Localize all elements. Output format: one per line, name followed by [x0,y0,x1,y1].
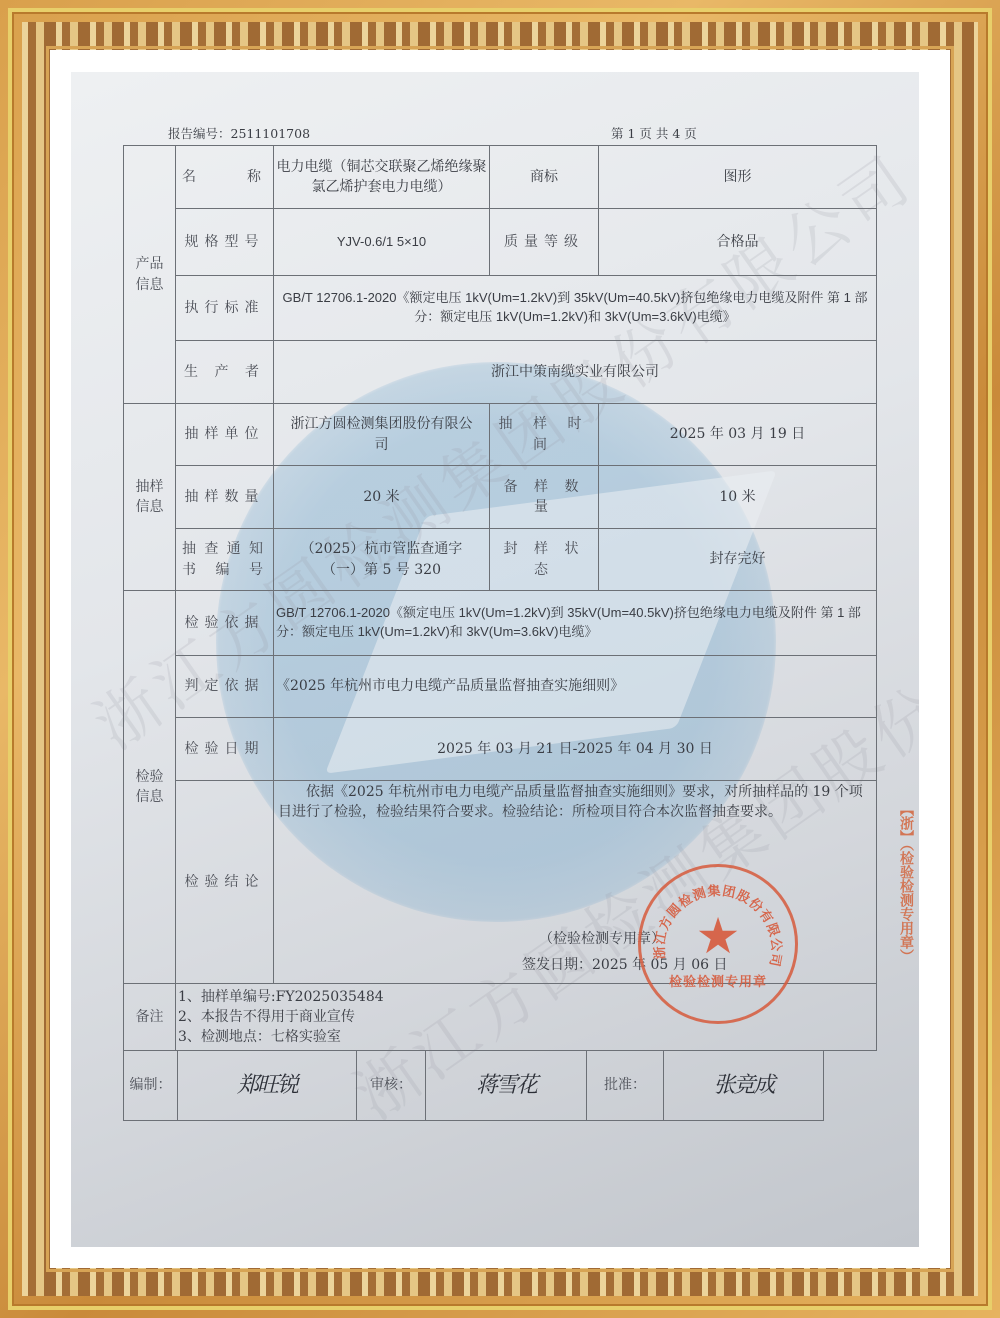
value-seal-status: 封存完好 [599,529,877,591]
label-standard: 执行标准 [176,276,274,341]
value-notice-no: （2025）杭市管监查通字（一）第 5 号 320 [274,529,490,591]
label-remarks: 备注 [124,984,176,1051]
table-row: 产品 信息 名 称 电力电缆（铜芯交联聚乙烯绝缘聚氯乙烯护套电力电缆） 商标 图… [124,146,877,209]
official-seal: 浙江方圆检测集团股份有限公司 ★ 检验检测专用章 [638,864,798,1024]
remark-item: 3、检测地点：七格实验室 [178,1027,874,1047]
label-notice-no: 抽查通知书编号 [176,529,274,591]
label-test-basis: 检验依据 [176,591,274,656]
page-indicator: 第 1 页 共 4 页 [611,124,697,142]
table-row: 抽样数量 20 米 备 样 数 量 10 米 [124,466,877,529]
section-product-info: 产品 信息 [124,146,176,404]
label-grade: 质量等级 [490,209,599,276]
signature-row: 编制： 郑旺锐 审核： 蒋雪花 批准： 张竞成 [124,1051,824,1121]
report-number: 报告编号：2511101708 [168,124,310,142]
label-producer: 生 产 者 [176,341,274,404]
value-standard: GB/T 12706.1-2020《额定电压 1kV(Um=1.2kV)到 35… [274,276,877,341]
value-sampling-unit: 浙江方圆检测集团股份有限公司 [274,404,490,466]
value-spec: YJV-0.6/1 5×10 [274,209,490,276]
value-judgement-basis: 《2025 年杭州市电力电缆产品质量监督抽查实施细则》 [274,656,877,718]
value-sampling-qty: 20 米 [274,466,490,529]
table-row: 判定依据 《2025 年杭州市电力电缆产品质量监督抽查实施细则》 [124,656,877,718]
value-grade: 合格品 [599,209,877,276]
label-compiled-by: 编制： [124,1051,178,1121]
value-test-basis: GB/T 12706.1-2020《额定电压 1kV(Um=1.2kV)到 35… [274,591,877,656]
label-judgement-basis: 判定依据 [176,656,274,718]
value-producer: 浙江中策南缆实业有限公司 [274,341,877,404]
star-icon: ★ [696,911,741,961]
section-inspection-info: 检验 信息 [124,591,176,984]
table-row: 抽样 信息 抽样单位 浙江方圆检测集团股份有限公司 抽 样 时 间 2025 年… [124,404,877,466]
label-trademark: 商标 [490,146,599,209]
inspection-report-page: 浙江方圆检测集团股份有限公司 浙江方圆检测集团股份有限公司 报告编号：25111… [71,72,919,1247]
seal-bottom-text: 检验检测专用章 [641,971,795,990]
label-test-date: 检验日期 [176,718,274,781]
conclusion-text: 依据《2025 年杭州市电力电缆产品质量监督抽查实施细则》要求，对所抽样品的 1… [276,782,874,823]
value-test-date: 2025 年 03 月 21 日-2025 年 04 月 30 日 [274,718,877,781]
table-row: 检验 信息 检验依据 GB/T 12706.1-2020《额定电压 1kV(Um… [124,591,877,656]
table-row: 生 产 者 浙江中策南缆实业有限公司 [124,341,877,404]
label-sampling-qty: 抽样数量 [176,466,274,529]
table-row: 抽查通知书编号 （2025）杭市管监查通字（一）第 5 号 320 封 样 状 … [124,529,877,591]
label-seal-status: 封 样 状 态 [490,529,599,591]
label-approved-by: 批准： [587,1051,664,1121]
table-row: 规格型号 YJV-0.6/1 5×10 质量等级 合格品 [124,209,877,276]
label-reviewed-by: 审核： [357,1051,426,1121]
value-name: 电力电缆（铜芯交联聚乙烯绝缘聚氯乙烯护套电力电缆） [274,146,490,209]
value-backup-qty: 10 米 [599,466,877,529]
signature-approved-by: 张竞成 [664,1051,824,1121]
label-backup-qty: 备 样 数 量 [490,466,599,529]
value-trademark: 图形 [599,146,877,209]
label-conclusion: 检验结论 [176,781,274,984]
partial-side-seal: 【浙】（检验检测专用章） [876,802,916,982]
label-name: 名 称 [176,146,274,209]
label-sampling-unit: 抽样单位 [176,404,274,466]
table-row: 检验日期 2025 年 03 月 21 日-2025 年 04 月 30 日 [124,718,877,781]
signature-table: 编制： 郑旺锐 审核： 蒋雪花 批准： 张竞成 [123,1050,824,1121]
label-spec: 规格型号 [176,209,274,276]
value-sampling-time: 2025 年 03 月 19 日 [599,404,877,466]
label-sampling-time: 抽 样 时 间 [490,404,599,466]
table-row: 执行标准 GB/T 12706.1-2020《额定电压 1kV(Um=1.2kV… [124,276,877,341]
section-sampling-info: 抽样 信息 [124,404,176,591]
signature-reviewed-by: 蒋雪花 [426,1051,587,1121]
signature-compiled-by: 郑旺锐 [178,1051,357,1121]
